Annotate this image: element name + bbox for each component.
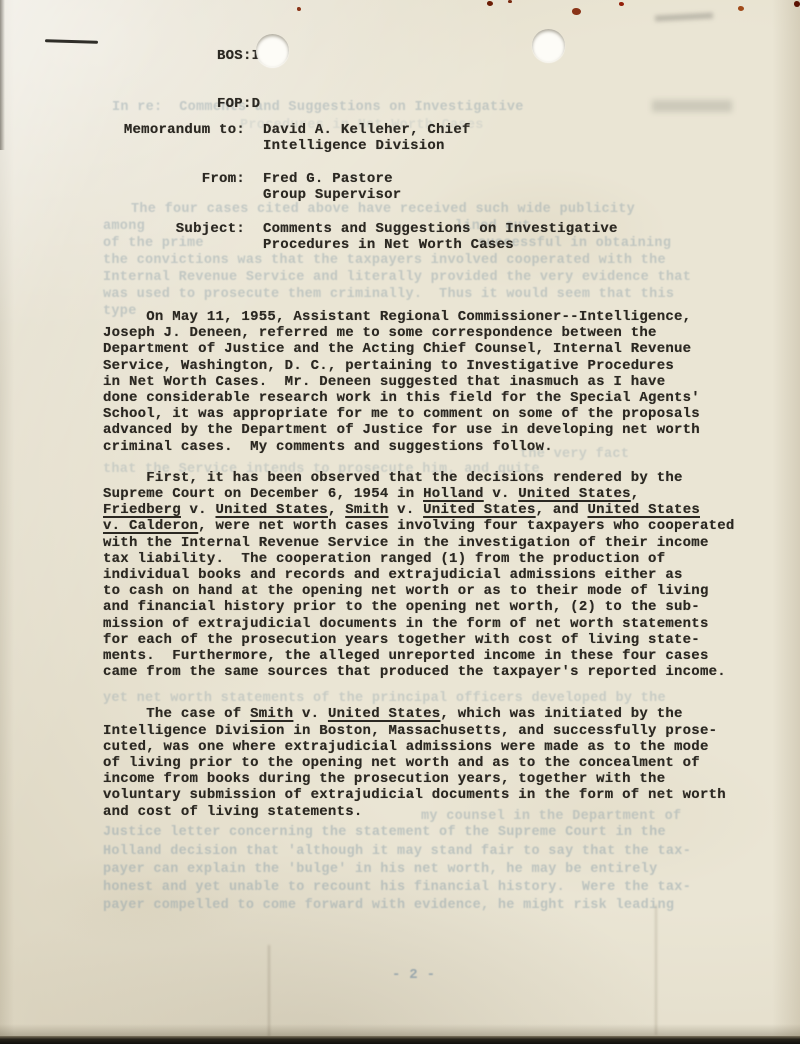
ink-speck xyxy=(508,0,512,3)
bleedthrough-line: Justice letter concerning the statement … xyxy=(103,825,666,841)
memo-body: On May 11, 1955, Assistant Regional Comm… xyxy=(103,309,793,820)
pencil-smudge xyxy=(655,12,713,21)
bleedthrough-line: payer compelled to come forward with evi… xyxy=(103,898,674,914)
memo-to-label: Memorandum to: xyxy=(100,122,245,138)
office-symbol-line2: FOP:D xyxy=(217,96,286,112)
bleedthrough-line: Internal Revenue Service and literally p… xyxy=(103,270,691,286)
ink-speck xyxy=(297,7,301,11)
memo-paragraph-2: First, it has been observed that the dec… xyxy=(103,470,793,681)
bleedthrough-line: In re: Comments and Suggestions on Inves… xyxy=(112,100,524,116)
memo-to-value: David A. Kelleher, ChiefIntelligence Div… xyxy=(263,122,471,154)
ink-speck xyxy=(738,6,744,11)
page-number: - 2 - xyxy=(392,967,435,983)
stamp-smudge xyxy=(652,100,732,112)
paper-crease xyxy=(655,905,657,1035)
bleedthrough-line: was used to prosecute them criminally. T… xyxy=(103,287,674,303)
bleedthrough-line: The four cases cited above have received… xyxy=(131,202,635,218)
ink-speck xyxy=(619,2,624,6)
memo-from-label: From: xyxy=(100,171,245,187)
ink-speck xyxy=(572,8,581,15)
hole-punch-right xyxy=(532,29,565,62)
bleedthrough-line: payer can explain the 'bulge' in his net… xyxy=(103,862,658,878)
pen-mark xyxy=(45,39,98,43)
ink-speck xyxy=(794,1,800,7)
memo-subject-value: Comments and Suggestions on Investigativ… xyxy=(263,221,618,253)
memo-subject-label: Subject: xyxy=(100,221,245,237)
ink-speck xyxy=(487,1,493,6)
memo-paragraph-1: On May 11, 1955, Assistant Regional Comm… xyxy=(103,309,793,455)
scan-edge-bottom xyxy=(0,1036,800,1044)
scanned-page: In re: Comments and Suggestions on Inves… xyxy=(0,0,800,1044)
hole-punch-left xyxy=(256,34,289,67)
bleedthrough-line: honest and yet unable to recount his fin… xyxy=(103,880,691,896)
scan-edge-left xyxy=(0,0,5,150)
bleedthrough-line: the convictions was that the taxpayers i… xyxy=(103,253,666,269)
memo-from-value: Fred G. PastoreGroup Supervisor xyxy=(263,171,401,203)
memo-paragraph-3: The case of Smith v. United States, whic… xyxy=(103,706,793,819)
bleedthrough-line: Holland decision that 'although it may s… xyxy=(103,844,691,860)
bleedthrough-line: of the prime xyxy=(103,236,204,252)
